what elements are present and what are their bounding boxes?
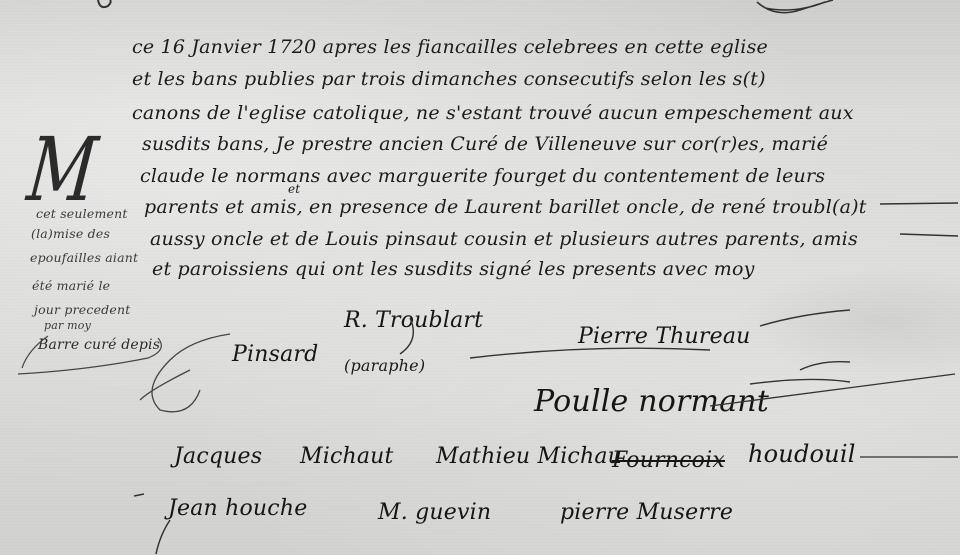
body-line-8: et paroissiens qui ont les susdits signé… [152,258,755,280]
signature-pinsard: Pinsard [232,342,318,367]
margin-note-signature: Barre curé depis [38,338,160,352]
signature-houdouil: houdouil [748,440,856,468]
body-line-4: susdits bans, Je prestre ancien Curé de … [142,133,828,155]
signature-fourncoix: Fourncoix [612,448,725,473]
body-line-3: canons de l'eglise catolique, ne s'estan… [132,102,854,124]
signature-paraphe: (paraphe) [344,356,425,375]
body-line-5: claude le normans avec marguerite fourge… [140,165,825,187]
signature-jean-houche: Jean houche [168,496,307,521]
margin-note-line: cet seulement [36,208,128,221]
margin-note-line: epoufailles aiant [30,252,138,265]
signature-pierre-thureau: Pierre Thureau [578,324,751,349]
signature-mathieu-michau: Mathieu Michau [436,444,622,469]
margin-note-line: par moy [44,320,91,331]
body-line-7: aussy oncle et de Louis pinsaut cousin e… [150,228,858,250]
signature-troublart: R. Troublart [344,308,483,333]
signature-m-guevin: M. guevin [378,500,491,525]
signature-pierre-muserre: pierre Muserre [560,500,733,525]
margin-note-line: été marié le [32,280,110,293]
margin-note-line: jour precedent [34,304,130,317]
body-line-2: et les bans publies par trois dimanches … [132,68,766,90]
signature-michaut: Michaut [300,444,394,469]
signature-poulle-normant: Poulle normant [534,384,769,419]
interlinear-insertion: et [288,182,300,196]
body-line-1: ce 16 Janvier 1720 apres les fiancailles… [132,36,768,58]
body-line-6: parents et amis, en presence de Laurent … [144,196,867,218]
signature-jacques: Jacques [174,444,262,469]
margin-note-line: (la)mise des [31,228,110,241]
